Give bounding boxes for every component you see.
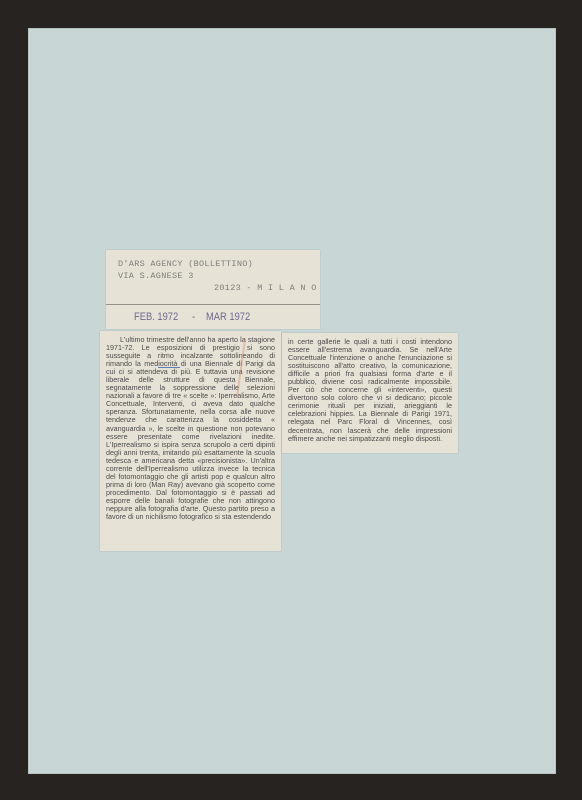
article-paragraph-2: in certe gallerie le quali a tutti i cos… <box>288 338 452 443</box>
article-column-2-text: in certe gallerie le quali a tutti i cos… <box>288 338 452 443</box>
agency-city: 20123 - M I L A N O <box>214 282 317 294</box>
ink-underline <box>158 367 180 368</box>
date-stamp-strip: FEB. 1972 - MAR 1972 <box>106 305 320 329</box>
article-clipping-column-1: L'ultimo trimestre dell'anno ha aperto l… <box>100 331 281 551</box>
date-from: FEB. 1972 <box>134 311 178 323</box>
article-column-1-text: L'ultimo trimestre dell'anno ha aperto l… <box>106 336 275 521</box>
agency-address: VIA S.AGNESE 3 <box>118 270 194 282</box>
agency-name: D'ARS AGENCY (BOLLETTINO) <box>118 258 253 270</box>
date-to: MAR 1972 <box>206 311 250 323</box>
article-paragraph-1: L'ultimo trimestre dell'anno ha aperto l… <box>106 336 275 521</box>
agency-header-clipping: D'ARS AGENCY (BOLLETTINO) VIA S.AGNESE 3… <box>106 250 320 305</box>
article-clipping-column-2: in certe gallerie le quali a tutti i cos… <box>282 333 458 453</box>
date-separator: - <box>192 311 195 323</box>
